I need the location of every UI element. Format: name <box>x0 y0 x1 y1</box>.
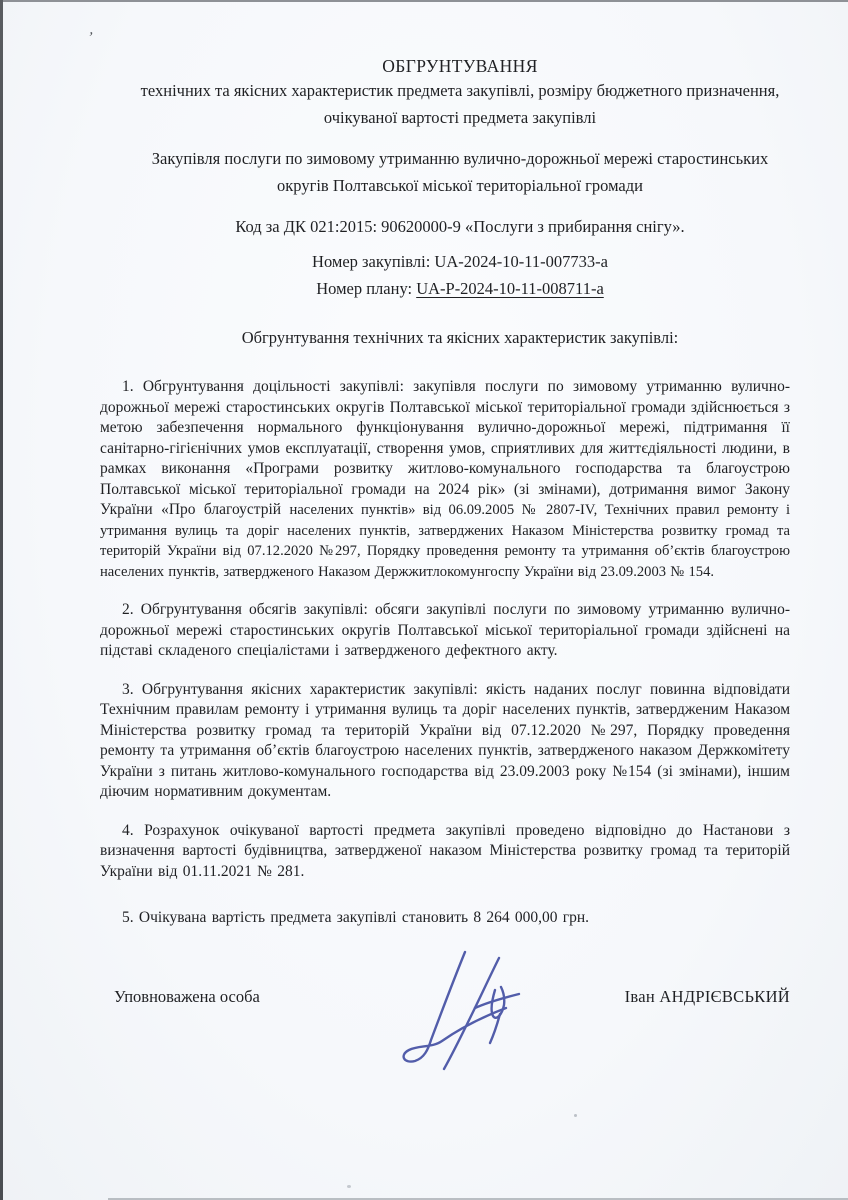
procurement-number-value: UA-2024-10-11-007733-a <box>434 252 608 271</box>
scan-speck <box>347 1185 351 1188</box>
scan-artifact-mark: ’ <box>87 30 94 48</box>
procurement-subject: Закупівля послуги по зимовому утриманню … <box>130 145 790 199</box>
scanned-document-page: ’ ОБГРУНТУВАННЯ технічних та якісних хар… <box>0 0 848 1200</box>
paragraph-cost-calc-4: 4. Розрахунок очікуваної вартості предме… <box>100 821 790 883</box>
document-subtitle: технічних та якісних характеристик предм… <box>130 77 790 131</box>
handwritten-signature <box>382 942 554 1084</box>
signatory-role-label: Уповноважена особа <box>114 987 260 1007</box>
plan-number-line: Номер плану: UA-P-2024-10-11-008711-a <box>130 275 790 302</box>
document-title: ОБГРУНТУВАННЯ <box>130 56 790 77</box>
dk-code-line: Код за ДК 021:2015: 90620000-9 «Послуги … <box>130 213 790 240</box>
paragraph-scope-2: 2. Обгрунтування обсягів закупівлі: обся… <box>100 600 790 662</box>
signatory-name: Іван АНДРІЄВСЬКИЙ <box>625 987 790 1007</box>
paragraph-expected-value-5: 5. Очікувана вартість предмета закупівлі… <box>100 908 790 929</box>
section-heading: Обгрунтування технічних та якісних харак… <box>130 324 790 351</box>
procurement-numbers: Номер закупівлі: UA-2024-10-11-007733-a … <box>130 248 790 302</box>
scan-speck <box>574 1114 577 1117</box>
plan-number-label: Номер плану: <box>316 279 412 298</box>
scan-edge-left <box>0 0 3 1200</box>
paragraph-quality-3: 3. Обгрунтування якісних характеристик з… <box>100 680 790 803</box>
paragraph-justification-1: 1. Обгрунтування доцільності закупівлі: … <box>100 377 790 582</box>
paragraph-1-normal-text: 1. Обгрунтування доцільності закупівлі: … <box>100 378 790 518</box>
procurement-number-label: Номер закупівлі: <box>312 252 430 271</box>
document-content: ОБГРУНТУВАННЯ технічних та якісних харак… <box>100 0 790 1007</box>
plan-number-value: UA-P-2024-10-11-008711-a <box>416 279 604 298</box>
procurement-number-line: Номер закупівлі: UA-2024-10-11-007733-a <box>130 248 790 275</box>
